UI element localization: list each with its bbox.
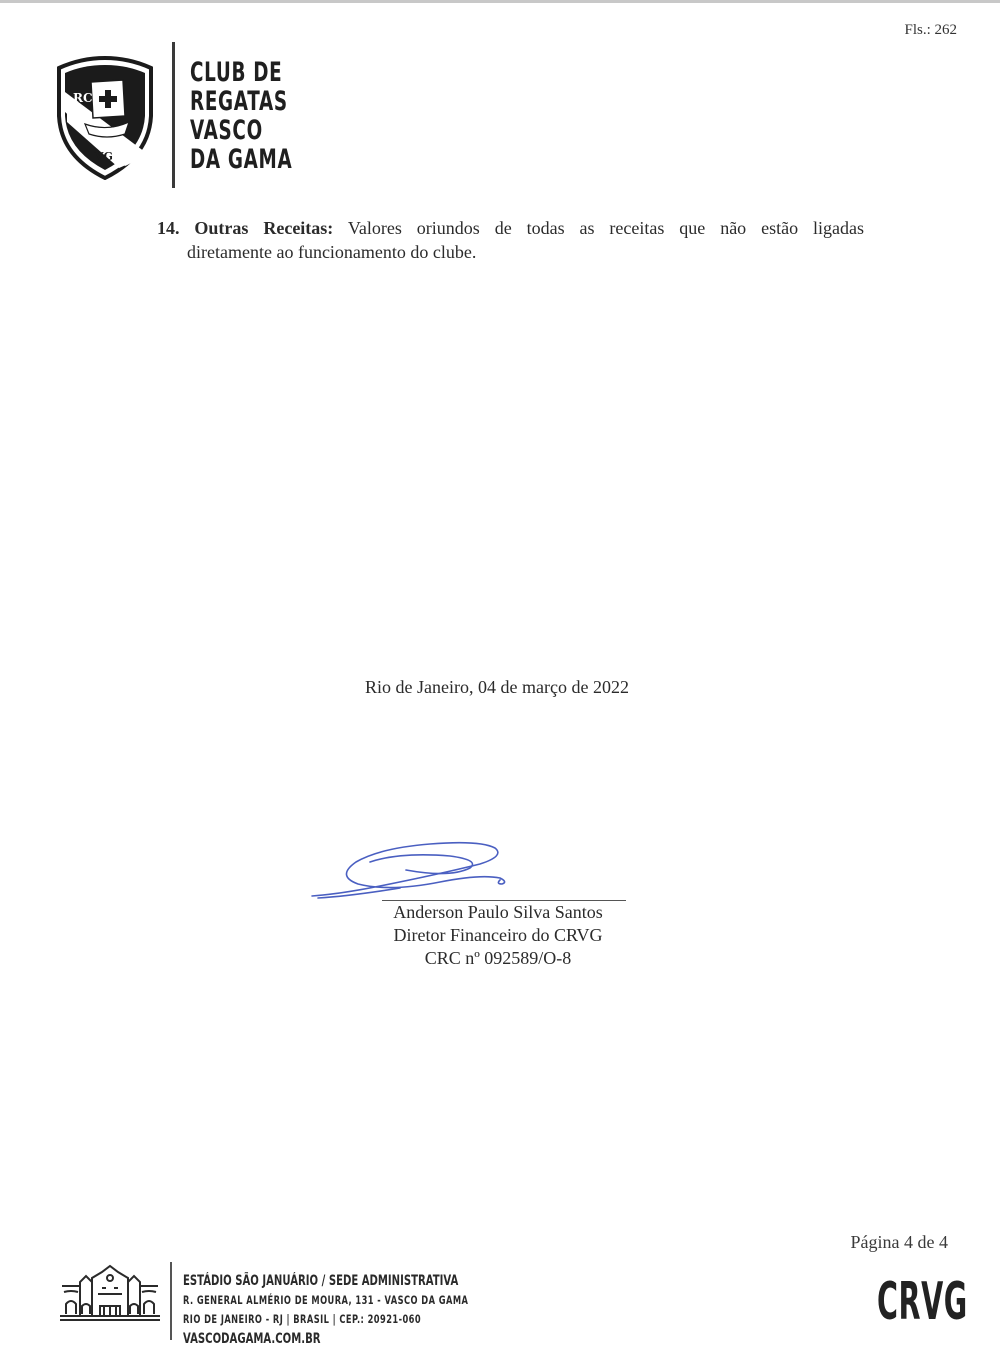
date-text: Rio de Janeiro, 04 de março de 2022 <box>365 677 629 697</box>
definition-item: 14. Outras Receitas: Valores oriundos de… <box>157 216 864 264</box>
signer-block: Anderson Paulo Silva Santos Diretor Fina… <box>340 901 656 970</box>
page-top-border <box>0 0 1000 3</box>
svg-text:VG: VG <box>94 150 113 163</box>
signer-name: Anderson Paulo Silva Santos <box>340 901 656 924</box>
footer-address: ESTÁDIO SÃO JANUÁRIO / SEDE ADMINISTRATI… <box>183 1271 468 1349</box>
svg-text:RC: RC <box>73 91 93 105</box>
page-number: Página 4 de 4 <box>851 1232 948 1253</box>
signer-title: Diretor Financeiro do CRVG <box>340 924 656 947</box>
item-number: 14. <box>157 218 180 238</box>
definition-line-2: diretamente ao funcionamento do clube. <box>157 240 864 264</box>
club-name-line: Club de <box>190 58 292 87</box>
address-line: RIO DE JANEIRO - RJ | BRASIL | CEP.: 209… <box>183 1310 468 1329</box>
item-term: Outras Receitas: <box>194 218 333 238</box>
crvg-logo: CRVG <box>877 1274 968 1330</box>
address-title: ESTÁDIO SÃO JANUÁRIO / SEDE ADMINISTRATI… <box>183 1271 468 1291</box>
address-line: R. GENERAL ALMÉRIO DE MOURA, 131 - VASCO… <box>183 1291 468 1310</box>
item-description: Valores oriundos de todas as receitas qu… <box>348 218 864 238</box>
document-date: Rio de Janeiro, 04 de março de 2022 <box>0 677 1000 698</box>
definition-line-1: 14. Outras Receitas: Valores oriundos de… <box>157 216 864 240</box>
vasco-crest-icon: RC VG <box>55 52 155 180</box>
club-name-line: Vasco <box>190 116 292 145</box>
signer-registration: CRC nº 092589/O-8 <box>340 947 656 970</box>
header-divider <box>172 42 175 188</box>
club-name: Club de Regatas Vasco da Gama <box>190 58 292 174</box>
stadium-facade-icon <box>58 1262 162 1324</box>
club-name-line: Regatas <box>190 87 292 116</box>
club-name-line: da Gama <box>190 145 292 174</box>
website-link[interactable]: VASCODAGAMA.COM.BR <box>183 1329 468 1349</box>
footer-divider <box>170 1262 172 1340</box>
folio-number: Fls.: 262 <box>904 22 957 39</box>
signature-scribble <box>310 838 520 908</box>
